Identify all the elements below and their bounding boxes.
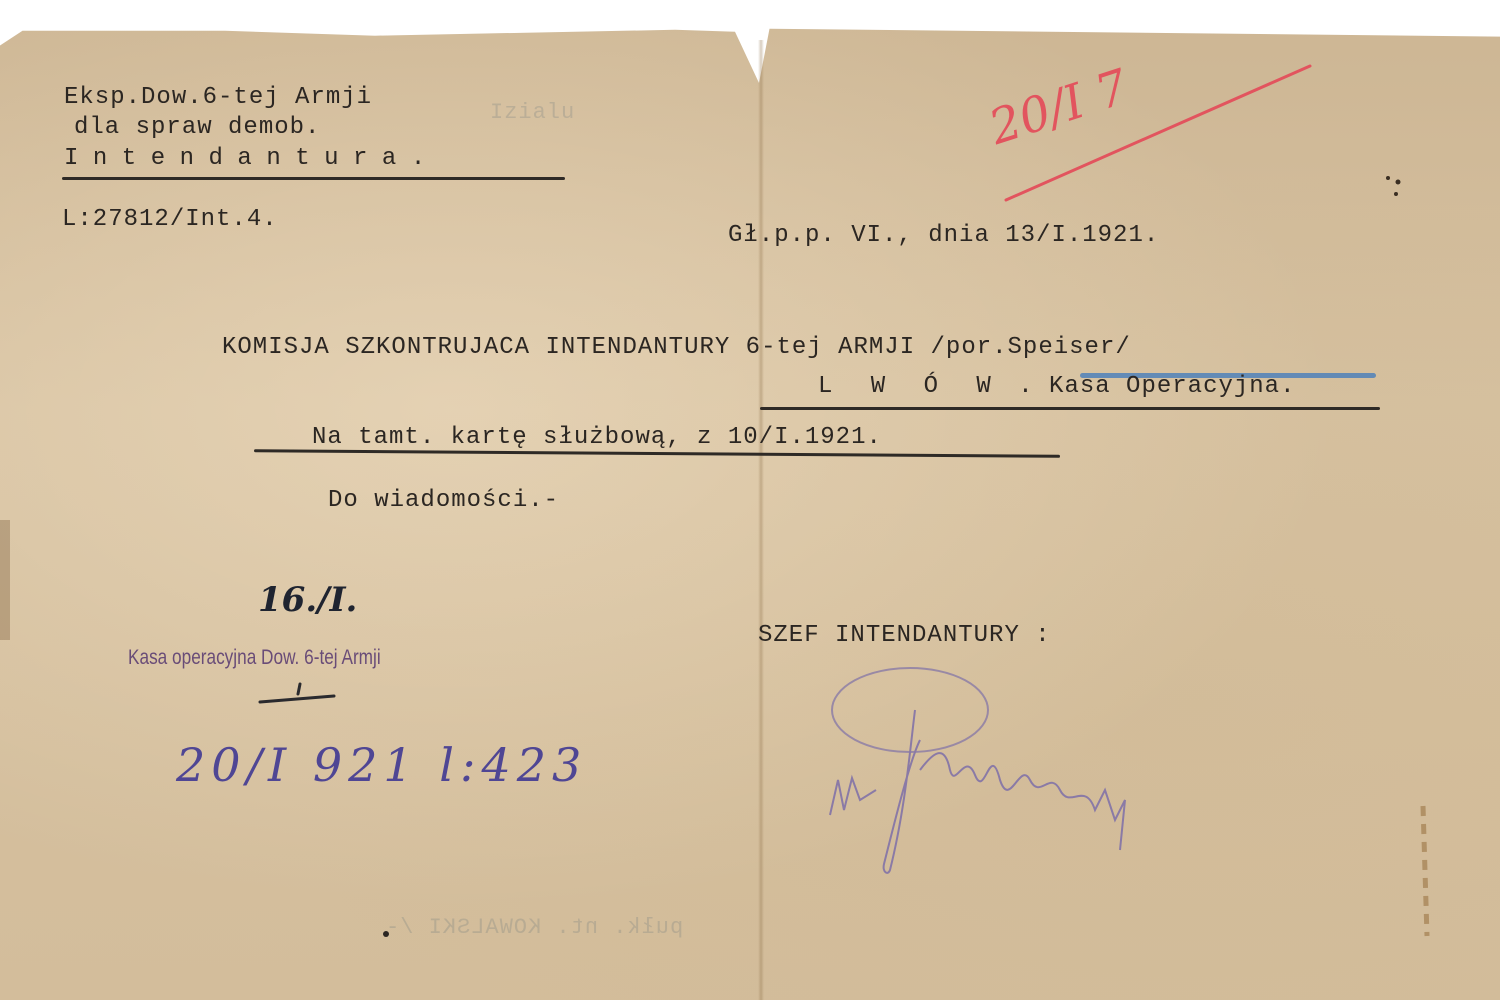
header-line-2: dla spraw demob. xyxy=(74,114,320,141)
ghost-text-bottom: pułk. nt. KOWALSKI /- xyxy=(385,915,683,940)
addressee-unit: KOMISJA SZKONTRUJACA INTENDANTURY 6-tej … xyxy=(222,334,915,361)
typed-dot-icon xyxy=(378,926,398,946)
header-line-3: Intendantura. xyxy=(64,145,440,172)
handwritten-signature-icon xyxy=(820,650,1220,880)
addressee-underline xyxy=(760,407,1380,410)
ghost-text-top: Izialu xyxy=(490,100,575,125)
paper-fold-crease xyxy=(758,40,764,1000)
paper-edge-stain xyxy=(0,520,10,640)
addressee-line-1: KOMISJA SZKONTRUJACA INTENDANTURY 6-tej … xyxy=(222,334,1131,361)
signature-title: SZEF INTENDANTURY : xyxy=(758,622,1051,649)
registry-number-annotation: 20/I 921 l:423 xyxy=(176,738,587,792)
cash-office-stamp: Kasa operacyjna Dow. 6-tej Armji xyxy=(128,646,381,670)
edge-stain-mark-icon xyxy=(1405,800,1445,940)
header-underline xyxy=(62,177,565,180)
red-pencil-strike-icon xyxy=(1000,60,1330,200)
header-line-1: Eksp.Dow.6-tej Armji xyxy=(64,84,372,111)
body-text: Do wiadomości.- xyxy=(328,487,559,514)
addressee-officer: /por.Speiser/ xyxy=(931,334,1131,361)
reference-number: L:27812/Int.4. xyxy=(62,206,278,233)
pencil-dash-mark-icon xyxy=(258,680,338,710)
addressee-city: L W Ó W xyxy=(818,373,1003,400)
subject-line: Na tamt. kartę służbową, z 10/I.1921. xyxy=(312,424,882,451)
addressee-line-2: L W Ó W . Kasa Operacyjna. xyxy=(818,373,1295,400)
ink-specks-icon xyxy=(1380,168,1420,208)
addressee-office: . Kasa Operacyjna. xyxy=(1018,373,1295,400)
pencil-date-annotation: 16./I. xyxy=(258,580,357,620)
place-and-date: Gł.p.p. VI., dnia 13/I.1921. xyxy=(728,222,1159,249)
